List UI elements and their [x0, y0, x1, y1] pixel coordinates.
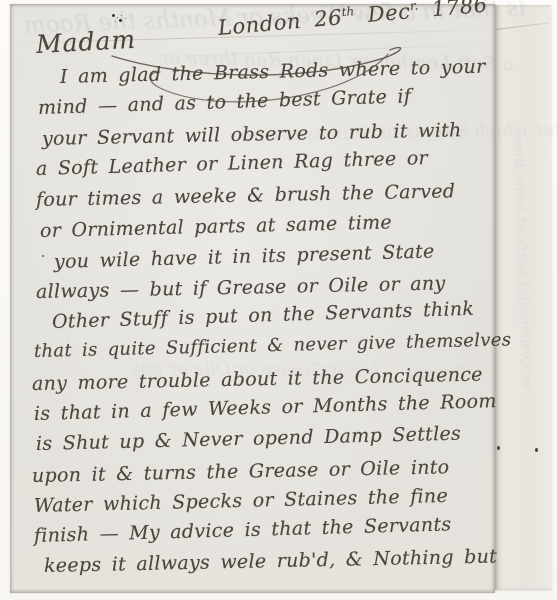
- letter-line-4: a Soft Leather or Linen Rag three or: [36, 147, 429, 180]
- letter-line-16: finish — My advice is that the Servants: [34, 513, 452, 547]
- letter-line-17: keeps it allways wele rub'd, & Nothing b…: [44, 546, 498, 577]
- dateline-month: Dec: [367, 0, 412, 27]
- letter-line-6: or Ornimental parts at same time: [40, 211, 392, 242]
- dateline-month-suffix: r.: [409, 0, 418, 13]
- showthrough-text: or Ornimental parts at same time: [510, 139, 537, 389]
- letter-line-11: any more trouble about it the Conciquenc…: [32, 364, 483, 395]
- salutation: Madam: [35, 25, 137, 59]
- letter-line-10: that is quite Sufficient & never give th…: [34, 329, 512, 362]
- letter-line-2: mind — and as to the best Grate if: [38, 85, 412, 119]
- letter-line-1: I am glad the Brass Rods where to your: [60, 56, 486, 88]
- letter-line-12: is that in a few Weeks or Months the Roo…: [34, 390, 497, 425]
- letter-line-5: four times a weeke & brush the Carved: [36, 180, 456, 211]
- ink-spatter: [112, 14, 115, 17]
- fold-line: [496, 22, 550, 30]
- letter-line-3: your Servant will observe to rub it with: [42, 119, 462, 150]
- dateline-year: 1786: [431, 0, 489, 21]
- letter-line-13: is Shut up & Never opend Damp Settles: [36, 423, 462, 455]
- letter-scan: or Ornimental parts at same time is that…: [0, 0, 557, 600]
- letter-page: is that in a few Weeks or Months the Roo…: [10, 4, 495, 593]
- letter-line-7: you wile have it in its present State: [54, 240, 435, 273]
- ink-speck: [42, 255, 44, 257]
- paper-crease: [156, 43, 495, 57]
- back-sheet-edge: or Ornimental parts at same time: [494, 5, 551, 590]
- dateline-day-suffix: th: [341, 4, 355, 19]
- ink-speck: [497, 446, 500, 450]
- dateline-day: 26: [313, 5, 343, 31]
- letter-line-14: upon it & turns the Grease or Oile into: [32, 456, 450, 487]
- ink-speck: [535, 448, 538, 452]
- letter-line-15: Water which Specks or Staines the fine: [34, 485, 449, 517]
- letter-line-8: allways — but if Grease or Oile or any: [36, 272, 446, 303]
- letter-line-9: Other Stuff is put on the Servants think: [52, 298, 475, 333]
